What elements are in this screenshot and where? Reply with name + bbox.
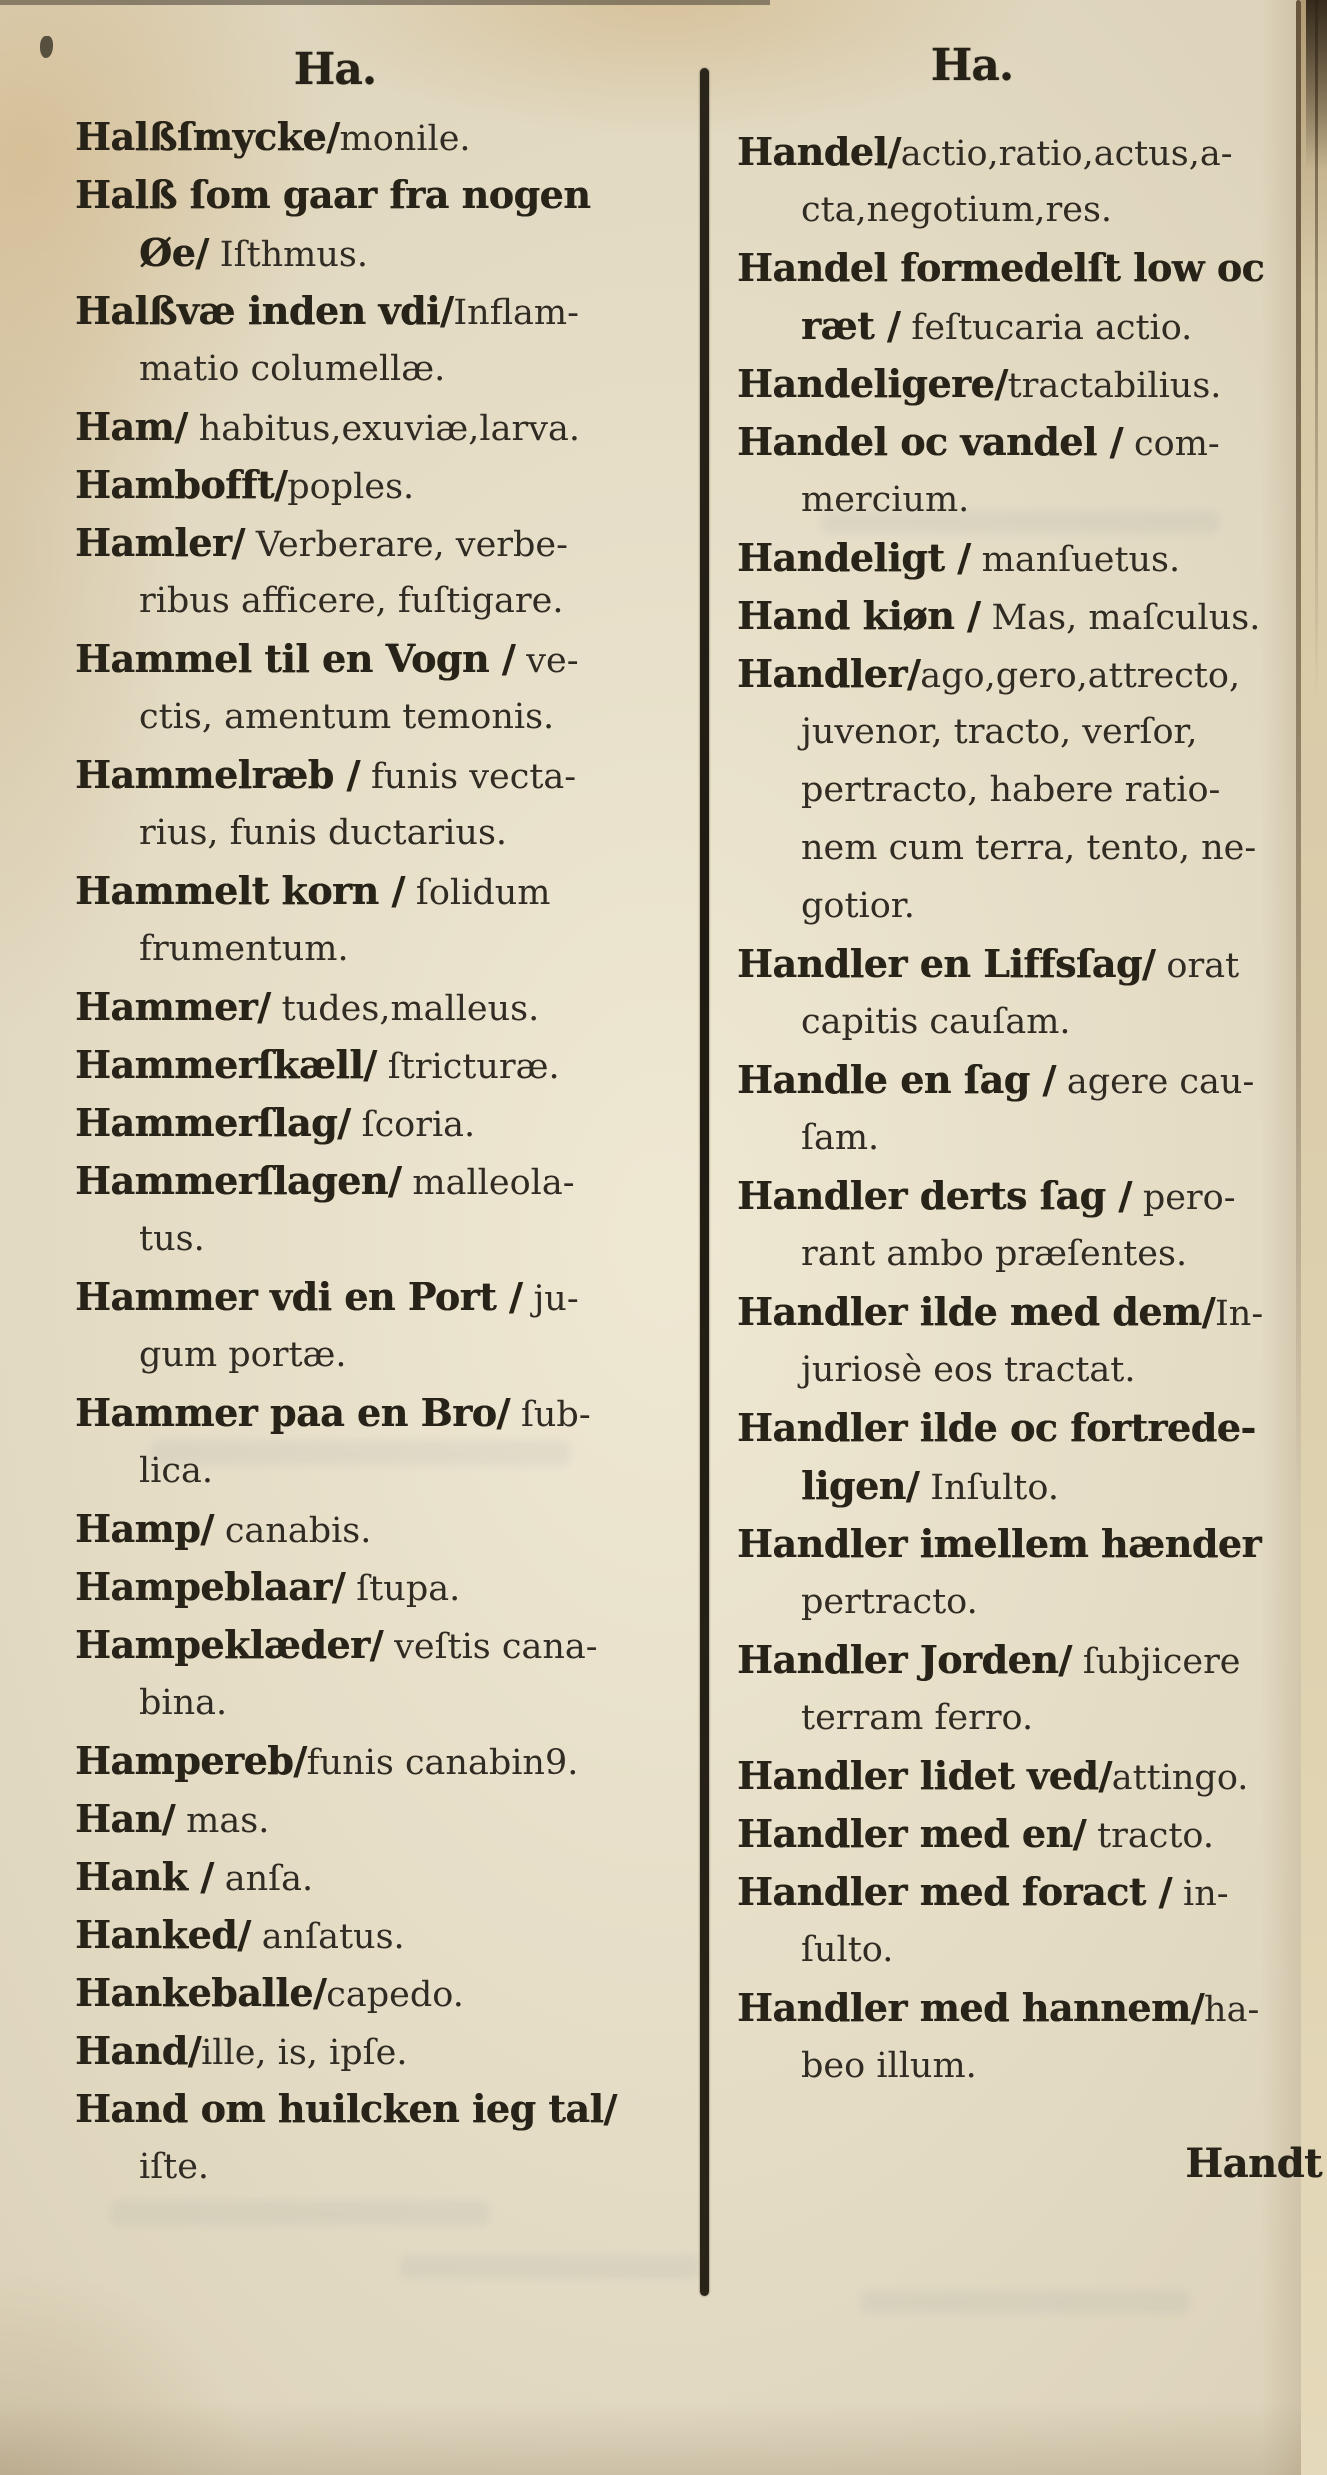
danish-headword-text: Hammerſkæll/	[75, 1042, 377, 1087]
latin-translation-text: beo illum.	[801, 2046, 977, 2086]
latin-translation-text: ha-	[1204, 1990, 1259, 2030]
dictionary-entry-line: Hammerſkæll/ ſtricturæ.	[75, 1036, 715, 1094]
danish-headword-text: Hamp/	[75, 1506, 214, 1551]
danish-headword-text: Hank /	[75, 1854, 214, 1899]
latin-translation-text: ſubjicere	[1072, 1642, 1241, 1682]
dictionary-entry-line: mercium.	[737, 471, 1325, 529]
latin-translation-text: ju-	[522, 1279, 578, 1319]
latin-translation-text: anſatus.	[251, 1917, 405, 1957]
dictionary-entry-line: Hammel til en Vogn / ve-	[75, 630, 715, 688]
dictionary-entry-line: Hammerſlag/ ſcoria.	[75, 1094, 715, 1152]
latin-translation-text: mas.	[175, 1801, 269, 1841]
dictionary-entry-line: ribus afficere, fuſtigare.	[75, 572, 715, 630]
latin-translation-text: habitus,exuviæ,larva.	[188, 409, 580, 449]
latin-translation-text: ſam.	[801, 1118, 879, 1158]
latin-translation-text: malleola-	[401, 1163, 574, 1203]
dictionary-entry-line: Handler/ago,gero,attrecto,	[737, 645, 1325, 703]
dictionary-entry-line: ligen/ Inſulto.	[737, 1457, 1325, 1515]
running-title-left: Ha.	[75, 44, 595, 95]
danish-headword-text: Halß ſom gaar fra nogen	[75, 172, 590, 217]
dictionary-entry-line: pertracto.	[737, 1573, 1325, 1631]
danish-headword-text: Hankeballe/	[75, 1970, 326, 2015]
dictionary-entry-line: Handel formedelſt low oc	[737, 239, 1325, 297]
dictionary-entry-line: Halßſmycke/monile.	[75, 108, 715, 166]
danish-headword-text: Hammelræb /	[75, 752, 360, 797]
catchword: Handt	[1060, 2140, 1322, 2187]
dictionary-entry-line: frumentum.	[75, 920, 715, 978]
danish-headword-text: Handel oc vandel /	[737, 419, 1123, 464]
latin-translation-text: canabis.	[214, 1511, 372, 1551]
latin-translation-text: tudes,malleus.	[271, 989, 540, 1029]
dictionary-entry-line: Halßvæ inden vdi/Inflam-	[75, 282, 715, 340]
danish-headword-text: Hampereb/	[75, 1738, 307, 1783]
latin-translation-text: ſtupa.	[345, 1569, 460, 1609]
danish-headword-text: Halßvæ inden vdi/	[75, 288, 453, 333]
latin-translation-text: ille, is, ipſe.	[201, 2033, 407, 2073]
latin-translation-text: In-	[1215, 1294, 1263, 1334]
danish-headword-text: Hammel til en Vogn /	[75, 636, 515, 681]
latin-translation-text: feſtucaria actio.	[900, 308, 1192, 348]
latin-translation-text: Iſthmus.	[209, 235, 368, 275]
dictionary-entry-line: Hampereb/funis canabin9.	[75, 1732, 715, 1790]
latin-translation-text: Inflam-	[453, 293, 579, 333]
dictionary-entry-line: Handeligere/tractabilius.	[737, 355, 1325, 413]
latin-translation-text: tracto.	[1086, 1816, 1214, 1856]
latin-translation-text: pertracto, habere ratio-	[801, 770, 1220, 810]
dictionary-entry-line: bina.	[75, 1674, 715, 1732]
danish-headword-text: Handler en Liffsſag/	[737, 941, 1155, 986]
dictionary-column-right: Handel/actio,ratio,actus,a-cta,negotium,…	[737, 123, 1325, 2095]
latin-translation-text: tus.	[139, 1219, 205, 1259]
danish-headword-text: ræt /	[801, 303, 900, 348]
dictionary-entry-line: Handel oc vandel / com-	[737, 413, 1325, 471]
dictionary-entry-line: capitis cauſam.	[737, 993, 1325, 1051]
dictionary-entry-line: nem cum terra, tento, ne-	[737, 819, 1325, 877]
dictionary-entry-line: ſulto.	[737, 1921, 1325, 1979]
latin-translation-text: veſtis cana-	[383, 1627, 598, 1667]
latin-translation-text: Mas, maſculus.	[980, 598, 1260, 638]
danish-headword-text: Hand om huilcken ieg tal/	[75, 2086, 617, 2131]
latin-translation-text: funis canabin9.	[307, 1743, 579, 1783]
latin-translation-text: Verberare, verbe-	[245, 525, 568, 565]
latin-translation-text: pero-	[1132, 1178, 1236, 1218]
latin-translation-text: ribus afficere, fuſtigare.	[139, 581, 563, 621]
dictionary-entry-line: pertracto, habere ratio-	[737, 761, 1325, 819]
dictionary-entry-line: Hankeballe/capedo.	[75, 1964, 715, 2022]
latin-translation-text: rius, funis ductarius.	[139, 813, 507, 853]
latin-translation-text: monile.	[340, 119, 471, 159]
danish-headword-text: Handler med en/	[737, 1811, 1086, 1856]
latin-translation-text: manſuetus.	[971, 540, 1181, 580]
danish-headword-text: Hampeblaar/	[75, 1564, 345, 1609]
dictionary-entry-line: Hammelt korn / ſolidum	[75, 862, 715, 920]
danish-headword-text: Hammerſlagen/	[75, 1158, 401, 1203]
danish-headword-text: Hammerſlag/	[75, 1100, 351, 1145]
running-title-right: Ha.	[737, 40, 1207, 91]
latin-translation-text: nem cum terra, tento, ne-	[801, 828, 1256, 868]
latin-translation-text: iſte.	[139, 2147, 209, 2187]
danish-headword-text: Hanked/	[75, 1912, 251, 1957]
dictionary-entry-line: Hampeblaar/ ſtupa.	[75, 1558, 715, 1616]
dictionary-entry-line: beo illum.	[737, 2037, 1325, 2095]
dictionary-entry-line: Handler ilde med dem/In-	[737, 1283, 1325, 1341]
danish-headword-text: Hambofft/	[75, 462, 287, 507]
latin-translation-text: cta,negotium,res.	[801, 190, 1112, 230]
dictionary-entry-line: Hammerſlagen/ malleola-	[75, 1152, 715, 1210]
latin-translation-text: ſcoria.	[351, 1105, 476, 1145]
danish-headword-text: Handler imellem hænder	[737, 1521, 1261, 1566]
latin-translation-text: lica.	[139, 1451, 213, 1491]
dictionary-entry-line: gum portæ.	[75, 1326, 715, 1384]
danish-headword-text: Handel formedelſt low oc	[737, 245, 1264, 290]
dictionary-entry-line: terram ferro.	[737, 1689, 1325, 1747]
dictionary-entry-line: Handler lidet ved/attingo.	[737, 1747, 1325, 1805]
bleedthrough-ghost	[400, 2255, 700, 2279]
latin-translation-text: tractabilius.	[1008, 366, 1222, 406]
dictionary-entry-line: Hand kiøn / Mas, maſculus.	[737, 587, 1325, 645]
dictionary-entry-line: Hammer vdi en Port / ju-	[75, 1268, 715, 1326]
danish-headword-text: Hand kiøn /	[737, 593, 980, 638]
ink-speck	[40, 36, 53, 58]
dictionary-entry-line: ſam.	[737, 1109, 1325, 1167]
latin-translation-text: pertracto.	[801, 1582, 978, 1622]
danish-headword-text: Handeligt /	[737, 535, 971, 580]
dictionary-entry-line: Hamler/ Verberare, verbe-	[75, 514, 715, 572]
latin-translation-text: bina.	[139, 1683, 227, 1723]
dictionary-entry-line: Hanked/ anſatus.	[75, 1906, 715, 1964]
dictionary-entry-line: Hammer/ tudes,malleus.	[75, 978, 715, 1036]
scan-edge-top	[0, 0, 770, 5]
latin-translation-text: com-	[1123, 424, 1220, 464]
latin-translation-text: ſub-	[510, 1395, 591, 1435]
dictionary-entry-line: Hamp/ canabis.	[75, 1500, 715, 1558]
danish-headword-text: Hammer paa en Bro/	[75, 1390, 510, 1435]
latin-translation-text: actio,ratio,actus,a-	[901, 134, 1233, 174]
latin-translation-text: ve-	[515, 641, 578, 681]
danish-headword-text: Handler ilde oc fortrede-	[737, 1405, 1256, 1450]
danish-headword-text: ligen/	[801, 1463, 919, 1508]
danish-headword-text: Handler med hannem/	[737, 1985, 1204, 2030]
dictionary-entry-line: matio columellæ.	[75, 340, 715, 398]
dictionary-entry-line: Handler derts ſag / pero-	[737, 1167, 1325, 1225]
dictionary-entry-line: Handler ilde oc fortrede-	[737, 1399, 1325, 1457]
dictionary-entry-line: juriosè eos tractat.	[737, 1341, 1325, 1399]
dictionary-entry-line: lica.	[75, 1442, 715, 1500]
dictionary-entry-line: ctis, amentum temonis.	[75, 688, 715, 746]
bleedthrough-ghost	[110, 2200, 490, 2226]
latin-translation-text: terram ferro.	[801, 1698, 1033, 1738]
latin-translation-text: rant ambo præſentes.	[801, 1234, 1187, 1274]
danish-headword-text: Hammelt korn /	[75, 868, 405, 913]
danish-headword-text: Handle en ſag /	[737, 1057, 1056, 1102]
latin-translation-text: mercium.	[801, 480, 969, 520]
dictionary-entry-line: Hammelræb / funis vecta-	[75, 746, 715, 804]
dictionary-entry-line: rant ambo præſentes.	[737, 1225, 1325, 1283]
dictionary-entry-line: Hammer paa en Bro/ ſub-	[75, 1384, 715, 1442]
danish-headword-text: Han/	[75, 1796, 175, 1841]
danish-headword-text: Halßſmycke/	[75, 114, 340, 159]
dictionary-entry-line: Handler med foract / in-	[737, 1863, 1325, 1921]
latin-translation-text: ſolidum	[405, 873, 551, 913]
dictionary-entry-line: juvenor, tracto, verſor,	[737, 703, 1325, 761]
latin-translation-text: capedo.	[326, 1975, 464, 2015]
dictionary-entry-line: Hampeklæder/ veſtis cana-	[75, 1616, 715, 1674]
dictionary-entry-line: Handler med hannem/ha-	[737, 1979, 1325, 2037]
latin-translation-text: gotior.	[801, 886, 915, 926]
latin-translation-text: frumentum.	[139, 929, 349, 969]
dictionary-entry-line: Ham/ habitus,exuviæ,larva.	[75, 398, 715, 456]
latin-translation-text: anſa.	[214, 1859, 313, 1899]
dictionary-column-left: Halßſmycke/monile.Halß ſom gaar fra noge…	[75, 108, 715, 2196]
dictionary-entry-line: ræt / feſtucaria actio.	[737, 297, 1325, 355]
latin-translation-text: ago,gero,attrecto,	[920, 656, 1240, 696]
dictionary-entry-line: Handle en ſag / agere cau-	[737, 1051, 1325, 1109]
dictionary-entry-line: Handler Jorden/ ſubjicere	[737, 1631, 1325, 1689]
dictionary-entry-line: rius, funis ductarius.	[75, 804, 715, 862]
dictionary-entry-line: Handel/actio,ratio,actus,a-	[737, 123, 1325, 181]
danish-headword-text: Øe/	[139, 230, 209, 275]
danish-headword-text: Handler med foract /	[737, 1869, 1172, 1914]
scanned-dictionary-page: Ha. Ha. Halßſmycke/monile.Halß ſom gaar …	[0, 0, 1327, 2475]
dictionary-entry-line: Øe/ Iſthmus.	[75, 224, 715, 282]
danish-headword-text: Ham/	[75, 404, 188, 449]
danish-headword-text: Hamler/	[75, 520, 245, 565]
latin-translation-text: Inſulto.	[919, 1468, 1059, 1508]
dictionary-entry-line: Hambofft/poples.	[75, 456, 715, 514]
latin-translation-text: funis vecta-	[360, 757, 576, 797]
dictionary-entry-line: Handler imellem hænder	[737, 1515, 1325, 1573]
latin-translation-text: gum portæ.	[139, 1335, 347, 1375]
danish-headword-text: Hammer/	[75, 984, 271, 1029]
danish-headword-text: Handler Jorden/	[737, 1637, 1072, 1682]
dictionary-entry-line: cta,negotium,res.	[737, 181, 1325, 239]
danish-headword-text: Handler ilde med dem/	[737, 1289, 1215, 1334]
dictionary-entry-line: Hank / anſa.	[75, 1848, 715, 1906]
latin-translation-text: ctis, amentum temonis.	[139, 697, 554, 737]
dictionary-entry-line: Handler en Liffsſag/ orat	[737, 935, 1325, 993]
dictionary-entry-line: Handeligt / manſuetus.	[737, 529, 1325, 587]
danish-headword-text: Hand/	[75, 2028, 201, 2073]
latin-translation-text: agere cau-	[1056, 1062, 1255, 1102]
danish-headword-text: Handler/	[737, 651, 920, 696]
dictionary-entry-line: tus.	[75, 1210, 715, 1268]
latin-translation-text: juvenor, tracto, verſor,	[801, 712, 1198, 752]
dictionary-entry-line: Hand om huilcken ieg tal/	[75, 2080, 715, 2138]
dictionary-entry-line: Halß ſom gaar fra nogen	[75, 166, 715, 224]
latin-translation-text: ſtricturæ.	[377, 1047, 560, 1087]
latin-translation-text: in-	[1172, 1874, 1229, 1914]
latin-translation-text: juriosè eos tractat.	[801, 1350, 1135, 1390]
latin-translation-text: orat	[1155, 946, 1239, 986]
danish-headword-text: Hammer vdi en Port /	[75, 1274, 522, 1319]
dictionary-entry-line: Hand/ille, is, ipſe.	[75, 2022, 715, 2080]
bleedthrough-ghost	[860, 2290, 1190, 2314]
danish-headword-text: Handeligere/	[737, 361, 1008, 406]
latin-translation-text: capitis cauſam.	[801, 1002, 1071, 1042]
dictionary-entry-line: iſte.	[75, 2138, 715, 2196]
danish-headword-text: Handler lidet ved/	[737, 1753, 1112, 1798]
danish-headword-text: Handel/	[737, 129, 901, 174]
latin-translation-text: matio columellæ.	[139, 349, 445, 389]
latin-translation-text: attingo.	[1112, 1758, 1249, 1798]
dictionary-entry-line: gotior.	[737, 877, 1325, 935]
dictionary-entry-line: Han/ mas.	[75, 1790, 715, 1848]
latin-translation-text: poples.	[287, 467, 414, 507]
danish-headword-text: Handler derts ſag /	[737, 1173, 1132, 1218]
danish-headword-text: Hampeklæder/	[75, 1622, 383, 1667]
dictionary-entry-line: Handler med en/ tracto.	[737, 1805, 1325, 1863]
latin-translation-text: ſulto.	[801, 1930, 893, 1970]
